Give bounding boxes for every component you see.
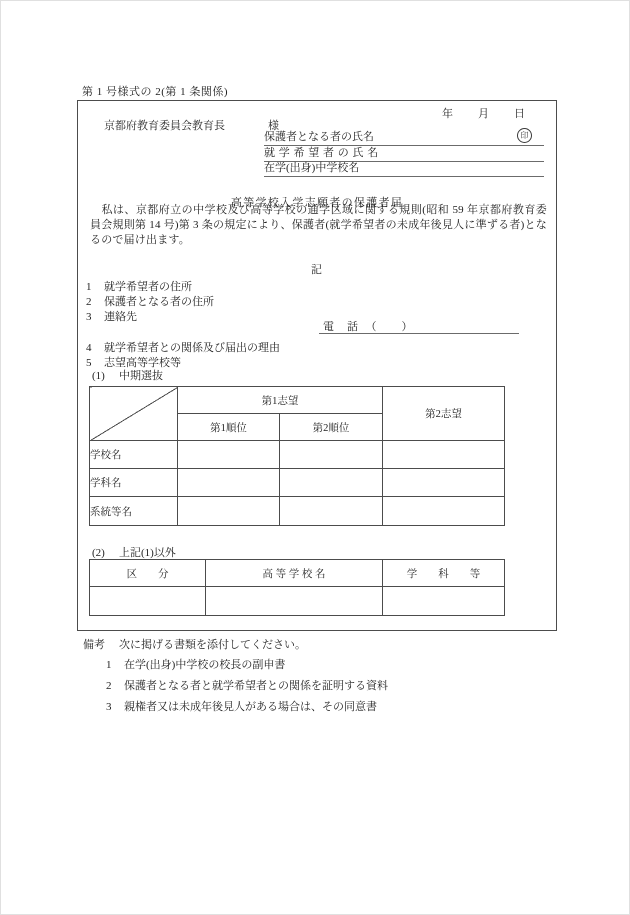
item-text: 就学希望者との関係及び届出の理由 [104, 342, 280, 354]
note-text: 親権者又は未成年後見人がある場合は、その同意書 [124, 701, 377, 713]
other-selection-table: 区 分 高 等 学 校 名 学 科 等 [89, 559, 505, 616]
note-number: 1 [106, 659, 124, 671]
section1-title: 中期選抜 [119, 370, 163, 382]
section2-number: (2) [92, 547, 119, 559]
second-rank-header: 第2順位 [280, 414, 383, 441]
table-cell [280, 497, 383, 526]
table-cell [383, 497, 505, 526]
item-number: 4 [86, 342, 104, 354]
body-paragraph: 私は、京都府立の中学校及び高等学校の通学区域に関する規則(昭和 59 年京都府教… [90, 203, 547, 248]
note-number: 3 [106, 701, 124, 713]
second-choice-header: 第2志望 [383, 387, 505, 441]
table-cell [90, 587, 206, 616]
form-main-box: 年 月 日 京都府教育委員会教育長 様 保護者となる者の氏名 印 就 学 希 望… [77, 100, 557, 631]
item-text: 連絡先 [104, 311, 137, 323]
table-cell [178, 469, 280, 497]
item-number: 3 [86, 311, 104, 323]
table-cell [383, 587, 505, 616]
section2-heading: (2)上記(1)以外 [92, 544, 176, 560]
table-row: 系統等名 [90, 497, 505, 526]
table-cell [383, 469, 505, 497]
list-item: 3連絡先 [86, 308, 137, 324]
list-item: 1就学希望者の住所 [86, 278, 192, 294]
mid-term-selection-table: 第1志望 第2志望 第1順位 第2順位 学校名 学科名 系統等名 [89, 386, 505, 526]
date-placeholder: 年 月 日 [442, 105, 526, 121]
table-cell [178, 441, 280, 469]
notes-heading: 備考次に掲げる書類を添付してください。 [83, 636, 306, 652]
note-item: 3親権者又は未成年後見人がある場合は、その同意書 [106, 698, 377, 714]
note-item: 1在学(出身)中学校の校長の副申書 [106, 656, 285, 672]
table-cell [280, 441, 383, 469]
addressee-label: 京都府教育委員会教育長 [104, 117, 225, 133]
first-choice-header: 第1志望 [178, 387, 383, 414]
item-text: 就学希望者の住所 [104, 281, 192, 293]
table-cell [206, 587, 383, 616]
table-row [90, 587, 505, 616]
middle-school-field: 在学(出身)中学校名 [264, 161, 544, 177]
row-header-school-name: 学校名 [90, 441, 178, 469]
applicant-name-field: 就 学 希 望 者 の 氏 名 [264, 146, 544, 162]
first-rank-header: 第1順位 [178, 414, 280, 441]
guardian-name-label: 保護者となる者の氏名 [264, 131, 374, 143]
item-text: 保護者となる者の住所 [104, 296, 214, 308]
phone-field: 電 話 （ ） [319, 320, 519, 334]
table-row: 学校名 [90, 441, 505, 469]
form-page: 第 1 号様式の 2(第 1 条関係) 年 月 日 京都府教育委員会教育長 様 … [0, 0, 630, 915]
table-row: 学科名 [90, 469, 505, 497]
middle-school-label: 在学(出身)中学校名 [264, 162, 359, 174]
list-item: 2保護者となる者の住所 [86, 293, 214, 309]
note-text: 保護者となる者と就学希望者との関係を証明する資料 [124, 680, 388, 692]
row-header-track-name: 系統等名 [90, 497, 178, 526]
section2-title: 上記(1)以外 [119, 547, 176, 559]
diagonal-header-cell [90, 387, 178, 441]
table-cell [280, 469, 383, 497]
row-header-department-name: 学科名 [90, 469, 178, 497]
section1-number: (1) [92, 370, 119, 382]
note-number: 2 [106, 680, 124, 692]
item-number: 1 [86, 281, 104, 293]
high-school-name-header: 高 等 学 校 名 [206, 560, 383, 587]
form-number-label: 第 1 号様式の 2(第 1 条関係) [82, 83, 228, 99]
seal-icon: 印 [517, 128, 532, 143]
list-item: 4就学希望者との関係及び届出の理由 [86, 339, 280, 355]
notes-label: 備考 [83, 639, 105, 651]
record-marker: 記 [78, 261, 556, 277]
note-item: 2保護者となる者と就学希望者との関係を証明する資料 [106, 677, 388, 693]
table-cell [178, 497, 280, 526]
section1-heading: (1)中期選抜 [92, 367, 163, 383]
guardian-name-field: 保護者となる者の氏名 印 [264, 130, 544, 146]
table-cell [383, 441, 505, 469]
phone-label: 電 話 （ ） [323, 321, 414, 333]
notes-intro: 次に掲げる書類を添付してください。 [119, 639, 306, 651]
department-header: 学 科 等 [383, 560, 505, 587]
item-number: 2 [86, 296, 104, 308]
note-text: 在学(出身)中学校の校長の副申書 [124, 659, 285, 671]
category-header: 区 分 [90, 560, 206, 587]
applicant-name-label: 就 学 希 望 者 の 氏 名 [264, 147, 379, 159]
